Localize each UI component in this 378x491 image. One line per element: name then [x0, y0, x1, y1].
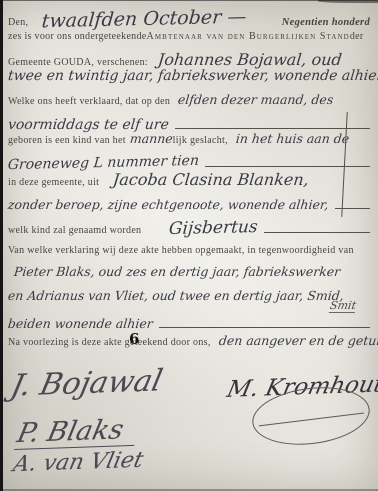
printed-declaration: Welke ons heeft verklaard, dat op den	[8, 96, 170, 107]
closing-hw: den aangever en de getuigen	[218, 333, 378, 348]
mother-name-hw: Jacoba Clasina Blanken,	[112, 170, 310, 189]
blank-rule	[335, 192, 370, 209]
scan-edge-left	[0, 0, 3, 491]
blank-rule	[159, 311, 370, 328]
witness2-line: en Adrianus van Vliet, oud twee en derti…	[8, 288, 370, 303]
blank-rule	[264, 216, 370, 233]
witness1-hw: Pieter Blaks, oud zes en dertig jaar, fa…	[13, 264, 341, 279]
address-line: Groeneweg L nummer tien	[8, 150, 370, 171]
printed-den: Den,	[8, 17, 28, 28]
residence-line: beiden wonende alhier	[8, 311, 370, 331]
municipality-line: Gemeente GOUDA, verschenen: Johannes Boj…	[8, 50, 370, 69]
declarant-details-line: twee en twintig jaar, fabriekswerker, wo…	[8, 68, 370, 84]
printed-registrar-c: der	[350, 31, 364, 42]
child-name-line: welk kind zal genaamd worden Gijsbertus	[8, 216, 370, 238]
mother-line: in deze gemeente, uit Jacoba Clasina Bla…	[8, 170, 370, 189]
witnesses-intro-line: Van welke verklaring wij deze akte hebbe…	[8, 245, 370, 256]
date-line: Den, twaalfden October — Negentien honde…	[8, 8, 370, 30]
mother-details-hw: zonder beroep, zijne echtgenoote, wonend…	[7, 197, 329, 212]
flourish-chord	[258, 412, 364, 426]
house-intro-hw: in het huis aan de	[235, 131, 350, 146]
registrar-line: zes is voor ons ondergeteekende Ambtenaa…	[8, 31, 370, 42]
printed-closing: Na voorlezing is deze akte geteekend doo…	[8, 337, 211, 348]
printed-child-sex-b: lijk geslacht,	[173, 135, 228, 146]
child-sex-hw: manne	[129, 131, 173, 146]
declarant-details-hw: twee en twintig jaar, fabriekswerker, wo…	[7, 68, 378, 84]
printed-year: Negentien honderd	[282, 17, 370, 28]
child-name-hw: Gijsbertus	[168, 217, 258, 239]
declarant-name-hw: Johannes Bojawal, oud	[157, 50, 343, 69]
signature-declarant: J. Bojawal	[8, 363, 166, 403]
mother-details-line: zonder beroep, zijne echtgenoote, wonend…	[8, 192, 370, 212]
birth-time-line: voormiddags te elf ure	[8, 112, 370, 133]
scan-corner-artifact	[318, 0, 378, 3]
declaration-line: Welke ons heeft verklaard, dat op den el…	[8, 92, 370, 107]
printed-registrar-title: Ambtenaar van den Burgerlijken Stand	[147, 31, 350, 42]
printed-registrar-a: zes is voor ons ondergeteekende	[8, 31, 147, 42]
signature-witness2: A. van Vliet	[11, 448, 146, 477]
closing-line: Na voorlezing is deze akte geteekend doo…	[8, 333, 370, 348]
printed-child-name-label: welk kind zal genaamd worden	[8, 225, 141, 236]
printed-municipality: Gemeente GOUDA, verschenen:	[8, 57, 148, 68]
blank-rule	[175, 112, 370, 129]
residence-hw: beiden wonende alhier	[7, 316, 153, 331]
handwritten-date: twaalfden October —	[41, 6, 247, 33]
printed-child-sex-a: geboren is een kind van het	[8, 135, 126, 146]
birth-day-hw: elfden dezer maand, des	[177, 92, 334, 107]
witness1-line: Pieter Blaks, oud zes en dertig jaar, fa…	[14, 264, 370, 279]
signature-witness1: P. Blaks	[14, 414, 140, 450]
ink-blot: 6	[129, 330, 139, 348]
birth-certificate-scan: Den, twaalfden October — Negentien honde…	[0, 0, 378, 491]
printed-mother-intro: in deze gemeente, uit	[8, 177, 99, 188]
child-sex-line: geboren is een kind van het manne lijk g…	[8, 131, 370, 146]
printed-witnesses-intro: Van welke verklaring wij deze akte hebbe…	[8, 245, 354, 256]
witness2-hw: en Adrianus van Vliet, oud twee en derti…	[7, 288, 344, 303]
